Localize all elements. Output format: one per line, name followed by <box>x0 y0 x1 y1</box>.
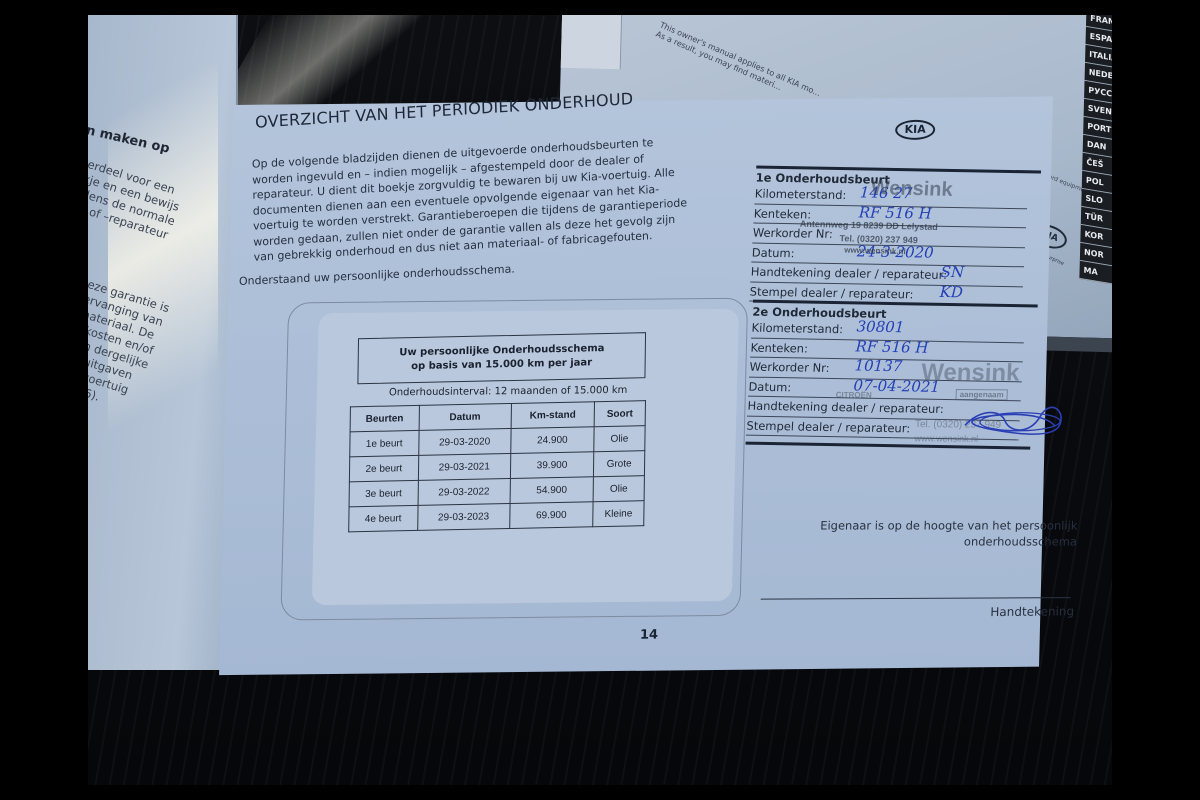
table-cell: 29-03-2023 <box>417 503 510 530</box>
handwritten-value: RF 516 H <box>858 203 932 223</box>
table-cell: 4e beurt <box>349 505 418 531</box>
handwritten-value: SN <box>940 263 964 282</box>
column-header: Km-stand <box>511 402 595 429</box>
field-label: Kenteken: <box>750 340 808 355</box>
field-label: Kilometerstand: <box>751 321 843 337</box>
handwritten-value: 146 27 <box>859 183 912 203</box>
kia-logo-icon: KIA <box>895 120 935 140</box>
handwritten-value: 10137 <box>854 356 903 376</box>
schedule-intro: Onderstaand uw persoonlijke onderhoudssc… <box>239 262 515 288</box>
manual-intro-line: As a result, you may find materi... <box>654 30 818 109</box>
service-entry-1: 1e OnderhoudsbeurtKilometerstand:146 27K… <box>749 166 1041 307</box>
language-tabs: FRANÇESPAÑITALIANEDERРУССSVENPORTDANČEŠP… <box>1079 15 1112 282</box>
owner-note-line: Eigenaar is op de hoogte van het persoon… <box>792 518 1077 534</box>
schedule-panel: Uw persoonlijke Onderhoudsschema op basi… <box>312 309 739 605</box>
field-label: Werkorder Nr: <box>752 226 833 241</box>
signature-line <box>761 597 1071 600</box>
column-header: Datum <box>419 403 512 430</box>
handwritten-value: 24-3-2020 <box>856 242 934 262</box>
field-label: Kenteken: <box>754 206 812 221</box>
schedule-frame: Uw persoonlijke Onderhoudsschema op basi… <box>280 298 748 621</box>
left-page: n maken op erdeel voor eenkje en een bew… <box>88 15 238 670</box>
field-label: Handtekening dealer / reparateur: <box>747 399 944 416</box>
table-cell: 29-03-2021 <box>418 453 511 480</box>
table-row: 4e beurt29-03-202369.900Kleine <box>349 501 644 532</box>
owner-acknowledgement: Eigenaar is op de hoogte van het persoon… <box>792 518 1078 550</box>
section-rule <box>745 442 1030 450</box>
table-cell: 2e beurt <box>349 455 418 481</box>
table-cell: 29-03-2022 <box>418 478 511 505</box>
owner-note-line: onderhoudsschema <box>792 534 1077 550</box>
signature-scribble-icon <box>960 406 1071 437</box>
table-cell: 3e beurt <box>349 480 418 506</box>
column-header: Beurten <box>350 405 419 431</box>
table-cell: Grote <box>593 451 644 477</box>
table-cell: 54.900 <box>510 477 594 504</box>
table-cell: Kleine <box>593 501 644 527</box>
field-label: Werkorder Nr: <box>749 360 830 375</box>
page-number: 14 <box>640 628 658 643</box>
field-label: Stempel dealer / reparateur: <box>746 418 910 435</box>
column-header: Soort <box>594 401 645 427</box>
field-label: Stempel dealer / reparateur: <box>749 284 913 301</box>
field-label: Handtekening dealer / reparateur: <box>750 265 947 282</box>
handwritten-value: 07-04-2021 <box>853 376 940 397</box>
photo: This owner's manual applies to all KIA m… <box>88 15 1112 785</box>
table-cell: 39.900 <box>510 452 594 479</box>
signature-label: Handtekening <box>990 604 1074 619</box>
table-cell: 24.900 <box>511 427 595 454</box>
schedule-title-box: Uw persoonlijke Onderhoudsschema op basi… <box>357 332 646 384</box>
manual-tab-edge <box>561 15 623 69</box>
table-cell: 69.900 <box>509 502 593 529</box>
language-tab: MA <box>1079 261 1112 285</box>
manual-intro-text: This owner's manual applies to all KIA m… <box>654 20 822 109</box>
table-cell: Olie <box>594 426 645 452</box>
handwritten-value: 30801 <box>856 317 905 337</box>
intro-paragraph: Op de volgende bladzijden dienen de uitg… <box>252 134 674 265</box>
manual-intro-line: This owner's manual applies to all KIA m… <box>658 20 822 99</box>
field-label: Datum: <box>751 245 794 260</box>
field-label: Datum: <box>748 379 791 394</box>
schedule-interval: Onderhoudsinterval: 12 maanden of 15.000… <box>389 385 628 399</box>
handwritten-value: RF 516 H <box>855 337 929 357</box>
right-page: OVERZICHT VAN HET PERIODIEK ONDERHOUD KI… <box>219 96 1053 675</box>
table-cell: 1e beurt <box>350 430 419 456</box>
schedule-table: BeurtenDatumKm-standSoort 1e beurt29-03-… <box>348 400 646 532</box>
field-label: Kilometerstand: <box>755 187 847 203</box>
table-cell: 29-03-2020 <box>418 428 511 455</box>
table-cell: Olie <box>593 476 644 502</box>
handwritten-value: KD <box>939 282 963 301</box>
